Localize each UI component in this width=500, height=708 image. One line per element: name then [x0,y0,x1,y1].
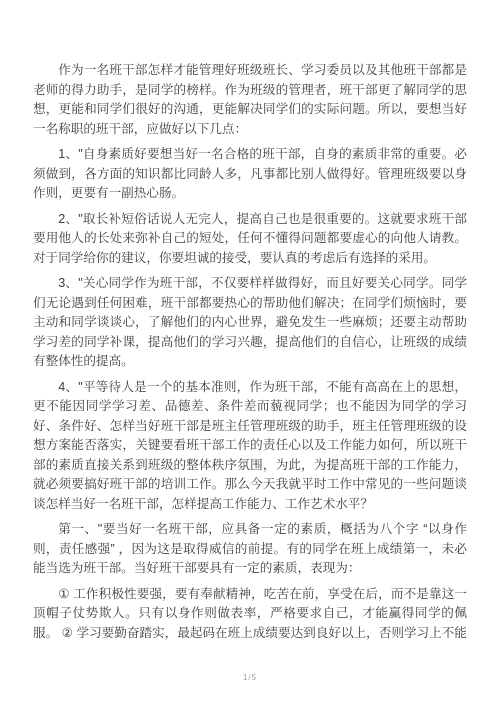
paragraph-quality-items: ① 工作积极性要强，要有奉献精神，吃苦在前，享受在后，而不是靠这一顶帽子仗势欺人… [33,585,467,644]
paragraph-intro: 作为一名班干部怎样才能管理好班级班长、学习委员以及其他班干部都是老师的得力助手，… [33,61,467,139]
paragraph-point-4: 4、"平等待人是一个的基本准则，作为班干部，不能有高高在上的思想，更不能因同学学… [33,378,467,515]
paragraph-point-2: 2、"取长补短俗话说人无完人，提高自己也是很重要的。这就要求班干部要用他人的长处… [33,210,467,269]
paragraph-point-1: 1、"自身素质好要想当好一名合格的班干部，自身的素质非常的重要。必须做到，各方面… [33,145,467,204]
document-page: 作为一名班干部怎样才能管理好班级班长、学习委员以及其他班干部都是老师的得力助手，… [0,0,500,708]
paragraph-section-first: 第一、"要当好一名班干部，应具备一定的素质，概括为八个字 “以身作则，责任感强”… [33,520,467,579]
page-number: 1/5 [0,673,500,682]
paragraph-point-3: 3、"关心同学作为班干部，不仅要样样做得好，而且好要关心同学。同学们无论遇到任何… [33,274,467,372]
document-body: 作为一名班干部怎样才能管理好班级班长、学习委员以及其他班干部都是老师的得力助手，… [33,61,467,649]
